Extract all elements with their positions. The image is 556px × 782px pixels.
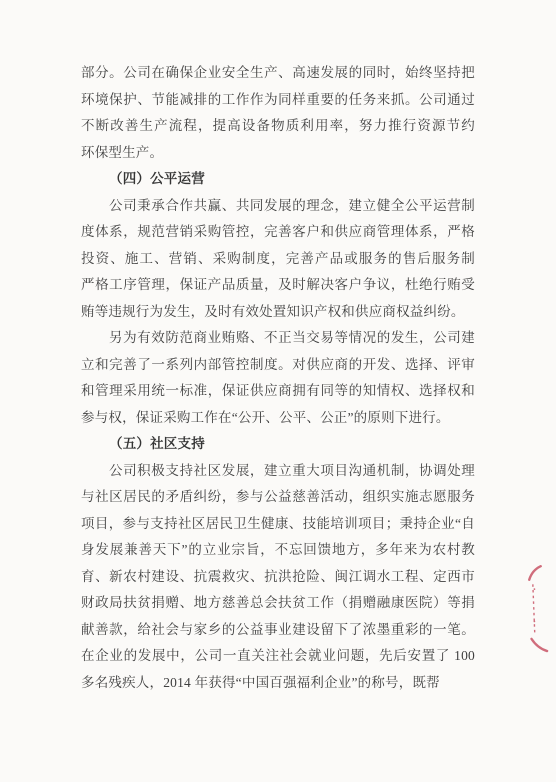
- text-line: 严格工序管理，保证产品质量，及时解决客户争议，杜绝行贿受: [81, 272, 475, 299]
- section-heading: （四）公平运营: [81, 166, 475, 193]
- section-heading: （五）社区支持: [81, 431, 475, 458]
- text-line: 部分。公司在确保企业安全生产、高速发展的同时，始终坚持把: [81, 60, 475, 87]
- text-line: 与社区居民的矛盾纠纷，参与公益慈善活动，组织实施志愿服务: [81, 484, 475, 511]
- text-line: 多名残疾人，2014 年获得“中国百强福利企业”的称号，既帮: [81, 670, 475, 697]
- text-line: 身发展兼善天下”的立业宗旨，不忘回馈地方，多年来为农村教: [81, 537, 475, 564]
- text-line: 环保型生产。: [81, 140, 475, 167]
- text-line: 不断改善生产流程，提高设备物质利用率，努力推行资源节约型、: [81, 113, 475, 140]
- document-body: 部分。公司在确保企业安全生产、高速发展的同时，始终坚持把环境保护、节能减排的工作…: [81, 60, 475, 696]
- text-line: 投资、施工、营销、采购制度，完善产品或服务的售后服务制度，: [81, 246, 475, 273]
- text-line: 公司秉承合作共赢、共同发展的理念，建立健全公平运营制: [81, 193, 475, 220]
- text-line: 参与权，保证采购工作在“公开、公平、公正”的原则下进行。: [81, 405, 475, 432]
- text-line: 另为有效防范商业贿赂、不正当交易等情况的发生，公司建: [81, 325, 475, 352]
- text-line: 公司积极支持社区发展，建立重大项目沟通机制，协调处理: [81, 458, 475, 485]
- red-watermark: [518, 563, 555, 657]
- text-line: 项目，参与支持社区居民卫生健康、技能培训项目；秉持企业“自: [81, 511, 475, 538]
- text-line: 育、新农村建设、抗震救灾、抗洪抢险、闽江调水工程、定西市: [81, 564, 475, 591]
- text-line: 献善款，给社会与家乡的公益事业建设留下了浓墨重彩的一笔。: [81, 617, 475, 644]
- text-line: 和管理采用统一标准，保证供应商拥有同等的知情权、选择权和: [81, 378, 475, 405]
- text-line: 贿等违规行为发生，及时有效处置知识产权和供应商权益纠纷。: [81, 299, 475, 326]
- text-line: 立和完善了一系列内部管控制度。对供应商的开发、选择、评审: [81, 352, 475, 379]
- document-page: 部分。公司在确保企业安全生产、高速发展的同时，始终坚持把环境保护、节能减排的工作…: [0, 0, 556, 782]
- text-line: 度体系，规范营销采购管控，完善客户和供应商管理体系，严格: [81, 219, 475, 246]
- text-line: 财政局扶贫捐赠、地方慈善总会扶贫工作（捐赠融康医院）等捐: [81, 590, 475, 617]
- red-ink-mark-icon: [518, 563, 555, 657]
- text-line: 在企业的发展中，公司一直关注社会就业问题，先后安置了 100: [81, 643, 475, 670]
- text-line: 环境保护、节能减排的工作作为同样重要的任务来抓。公司通过: [81, 87, 475, 114]
